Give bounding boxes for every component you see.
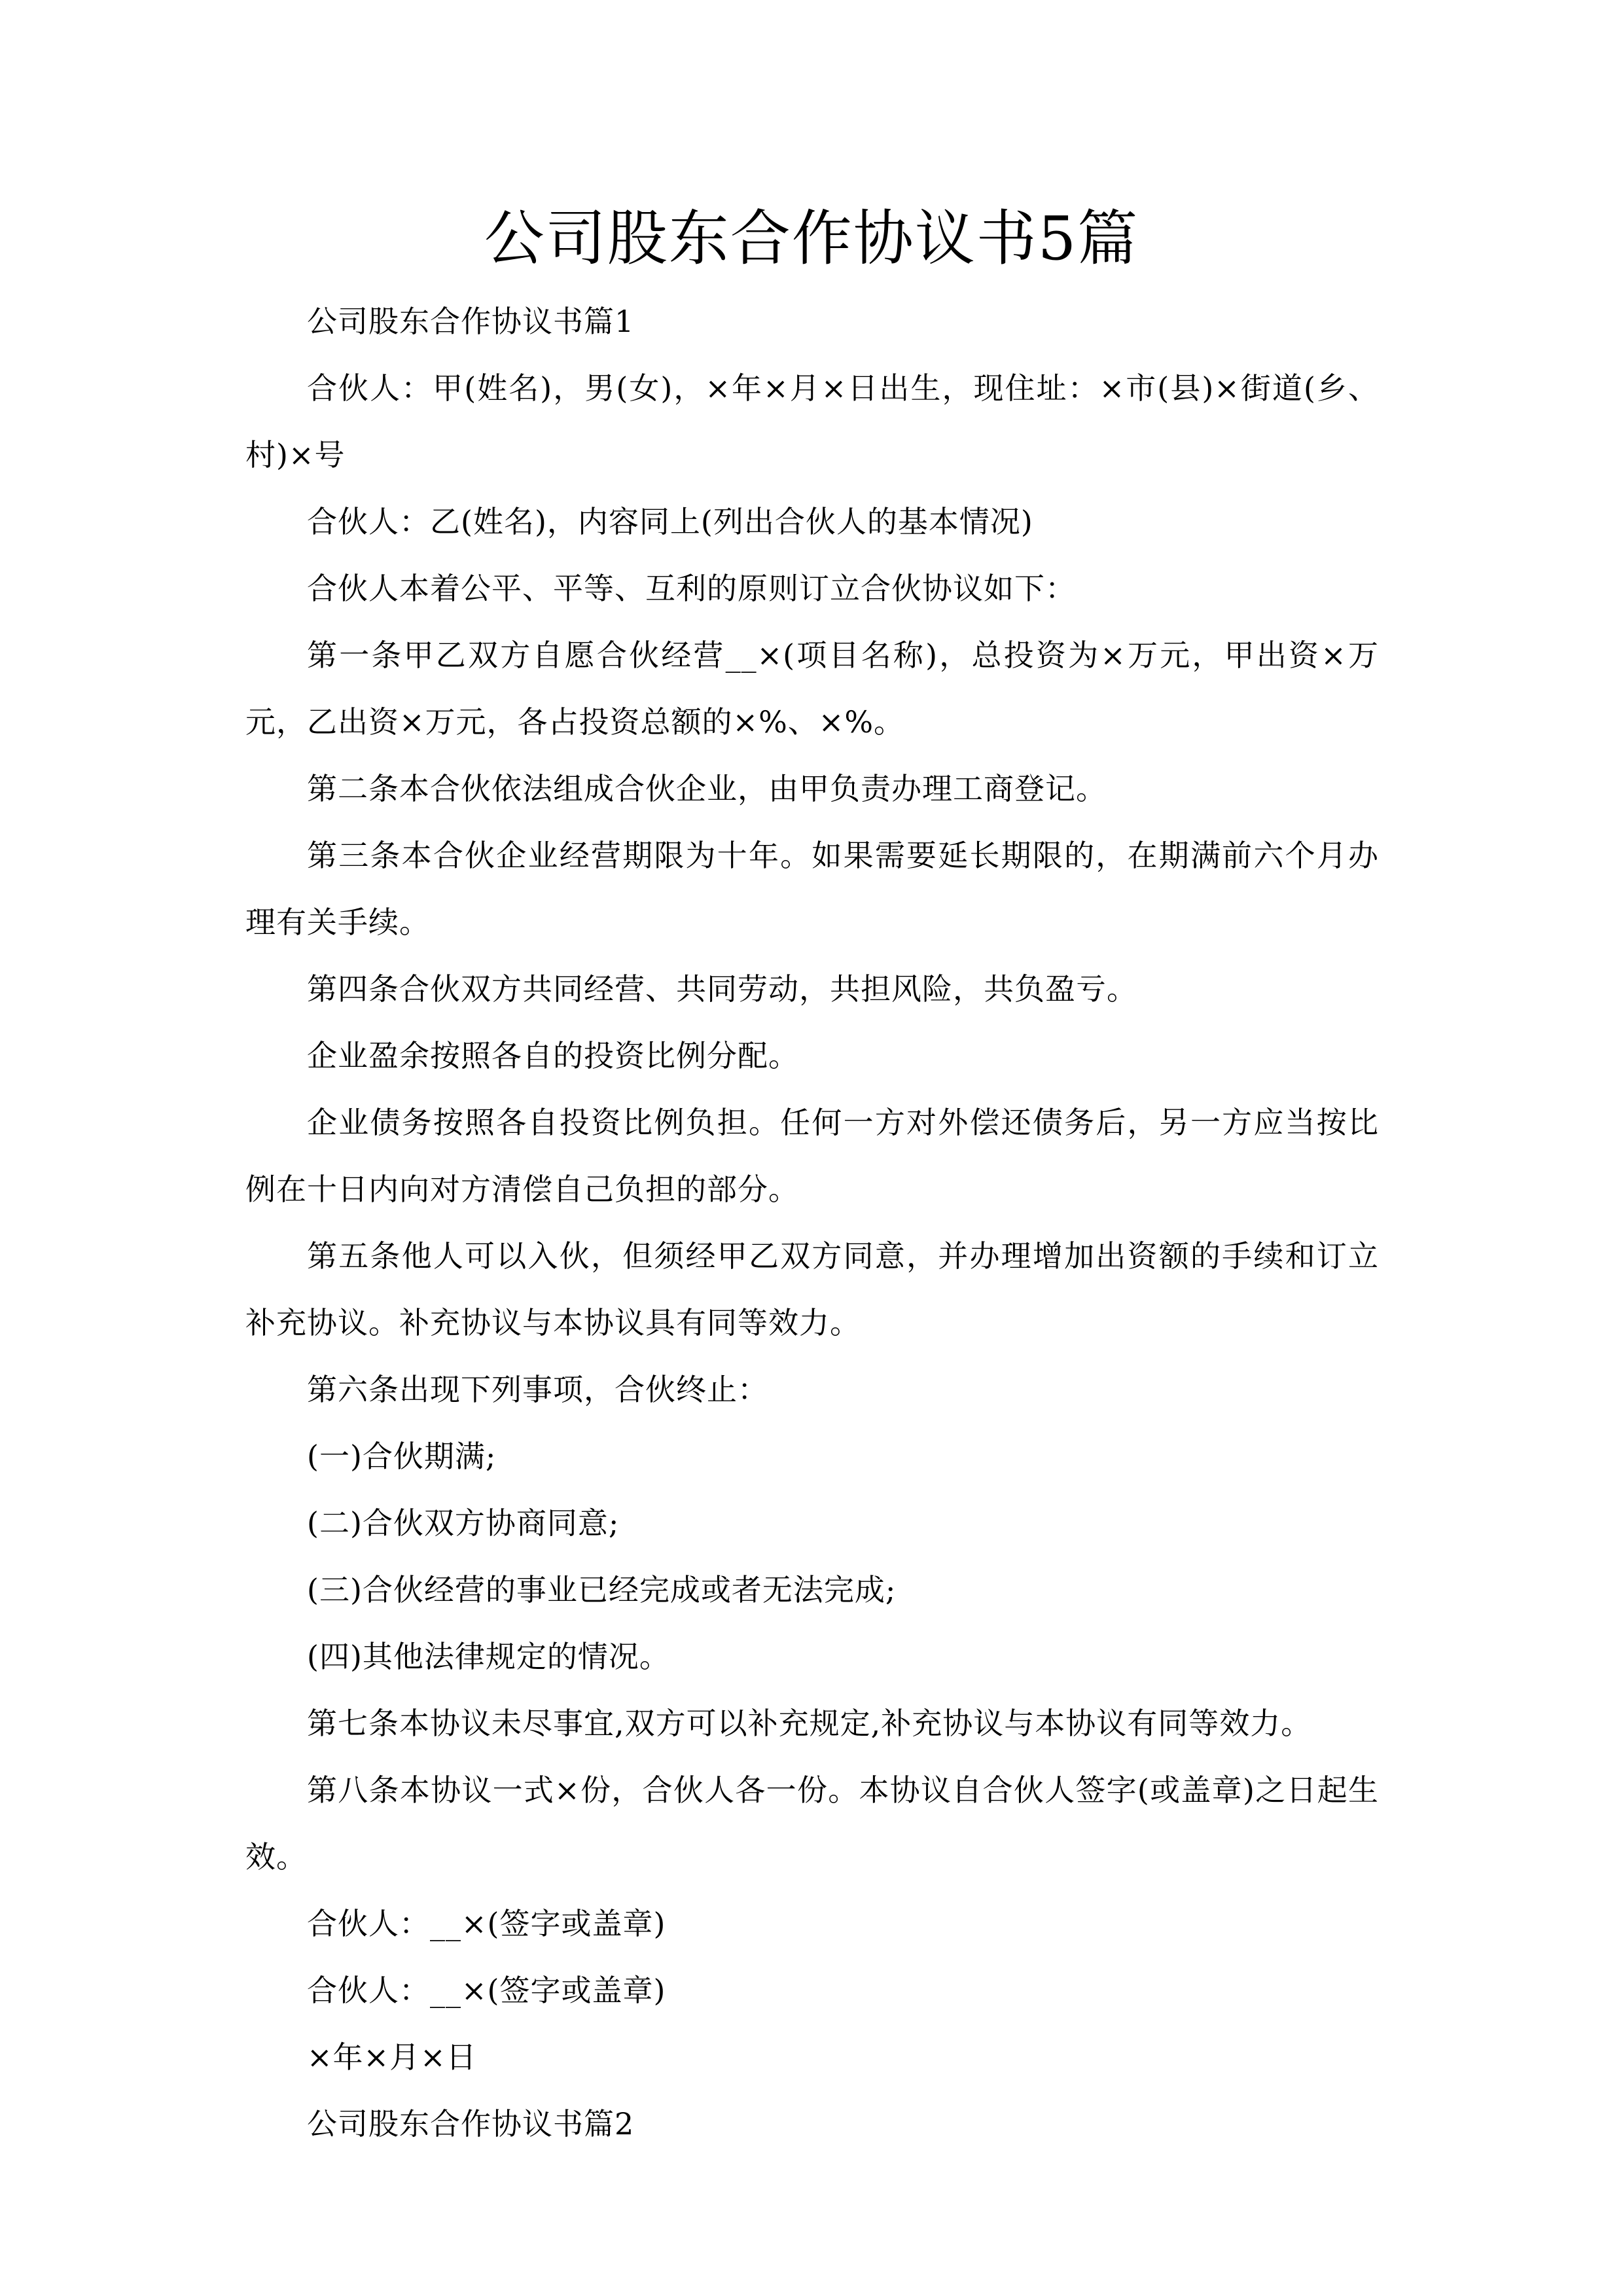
signature-date: ×年×月×日 — [245, 2024, 1379, 2090]
signature-line-1: 合伙人：__×(签字或盖章) — [245, 1890, 1379, 1957]
document-page: 公司股东合作协议书5篇 公司股东合作协议书篇1 合伙人：甲(姓名)，男(女)，×… — [0, 0, 1623, 2296]
signature-line-2: 合伙人：__×(签字或盖章) — [245, 1957, 1379, 2024]
debt-allocation: 企业债务按照各自投资比例负担。任何一方对外偿还债务后，另一方应当按比例在十日内向… — [245, 1089, 1379, 1223]
article-4: 第四条合伙双方共同经营、共同劳动，共担风险，共负盈亏。 — [245, 956, 1379, 1022]
termination-item-4: (四)其他法律规定的情况。 — [245, 1623, 1379, 1690]
partner-a-info: 合伙人：甲(姓名)，男(女)，×年×月×日出生，现住址：×市(县)×街道(乡、村… — [245, 355, 1379, 488]
article-8: 第八条本协议一式×份，合伙人各一份。本协议自合伙人签字(或盖章)之日起生效。 — [245, 1757, 1379, 1890]
agreement-preamble: 合伙人本着公平、平等、互利的原则订立合伙协议如下： — [245, 555, 1379, 622]
article-2: 第二条本合伙依法组成合伙企业，由甲负责办理工商登记。 — [245, 755, 1379, 822]
article-1: 第一条甲乙双方自愿合伙经营__×(项目名称)，总投资为×万元，甲出资×万元，乙出… — [245, 622, 1379, 755]
section-heading-1: 公司股东合作协议书篇1 — [245, 288, 1379, 355]
partner-b-info: 合伙人：乙(姓名)，内容同上(列出合伙人的基本情况) — [245, 488, 1379, 555]
document-body: 公司股东合作协议书篇1 合伙人：甲(姓名)，男(女)，×年×月×日出生，现住址：… — [245, 288, 1379, 2157]
termination-item-1: (一)合伙期满; — [245, 1423, 1379, 1490]
article-6: 第六条出现下列事项，合伙终止： — [245, 1356, 1379, 1423]
termination-item-3: (三)合伙经营的事业已经完成或者无法完成; — [245, 1556, 1379, 1623]
article-7: 第七条本协议未尽事宜,双方可以补充规定,补充协议与本协议有同等效力。 — [245, 1690, 1379, 1757]
section-heading-2: 公司股东合作协议书篇2 — [245, 2090, 1379, 2157]
profit-distribution: 企业盈余按照各自的投资比例分配。 — [245, 1022, 1379, 1089]
article-3: 第三条本合伙企业经营期限为十年。如果需要延长期限的，在期满前六个月办理有关手续。 — [245, 822, 1379, 956]
document-title: 公司股东合作协议书5篇 — [0, 196, 1623, 281]
termination-item-2: (二)合伙双方协商同意; — [245, 1490, 1379, 1556]
article-5: 第五条他人可以入伙，但须经甲乙双方同意，并办理增加出资额的手续和订立补充协议。补… — [245, 1223, 1379, 1356]
